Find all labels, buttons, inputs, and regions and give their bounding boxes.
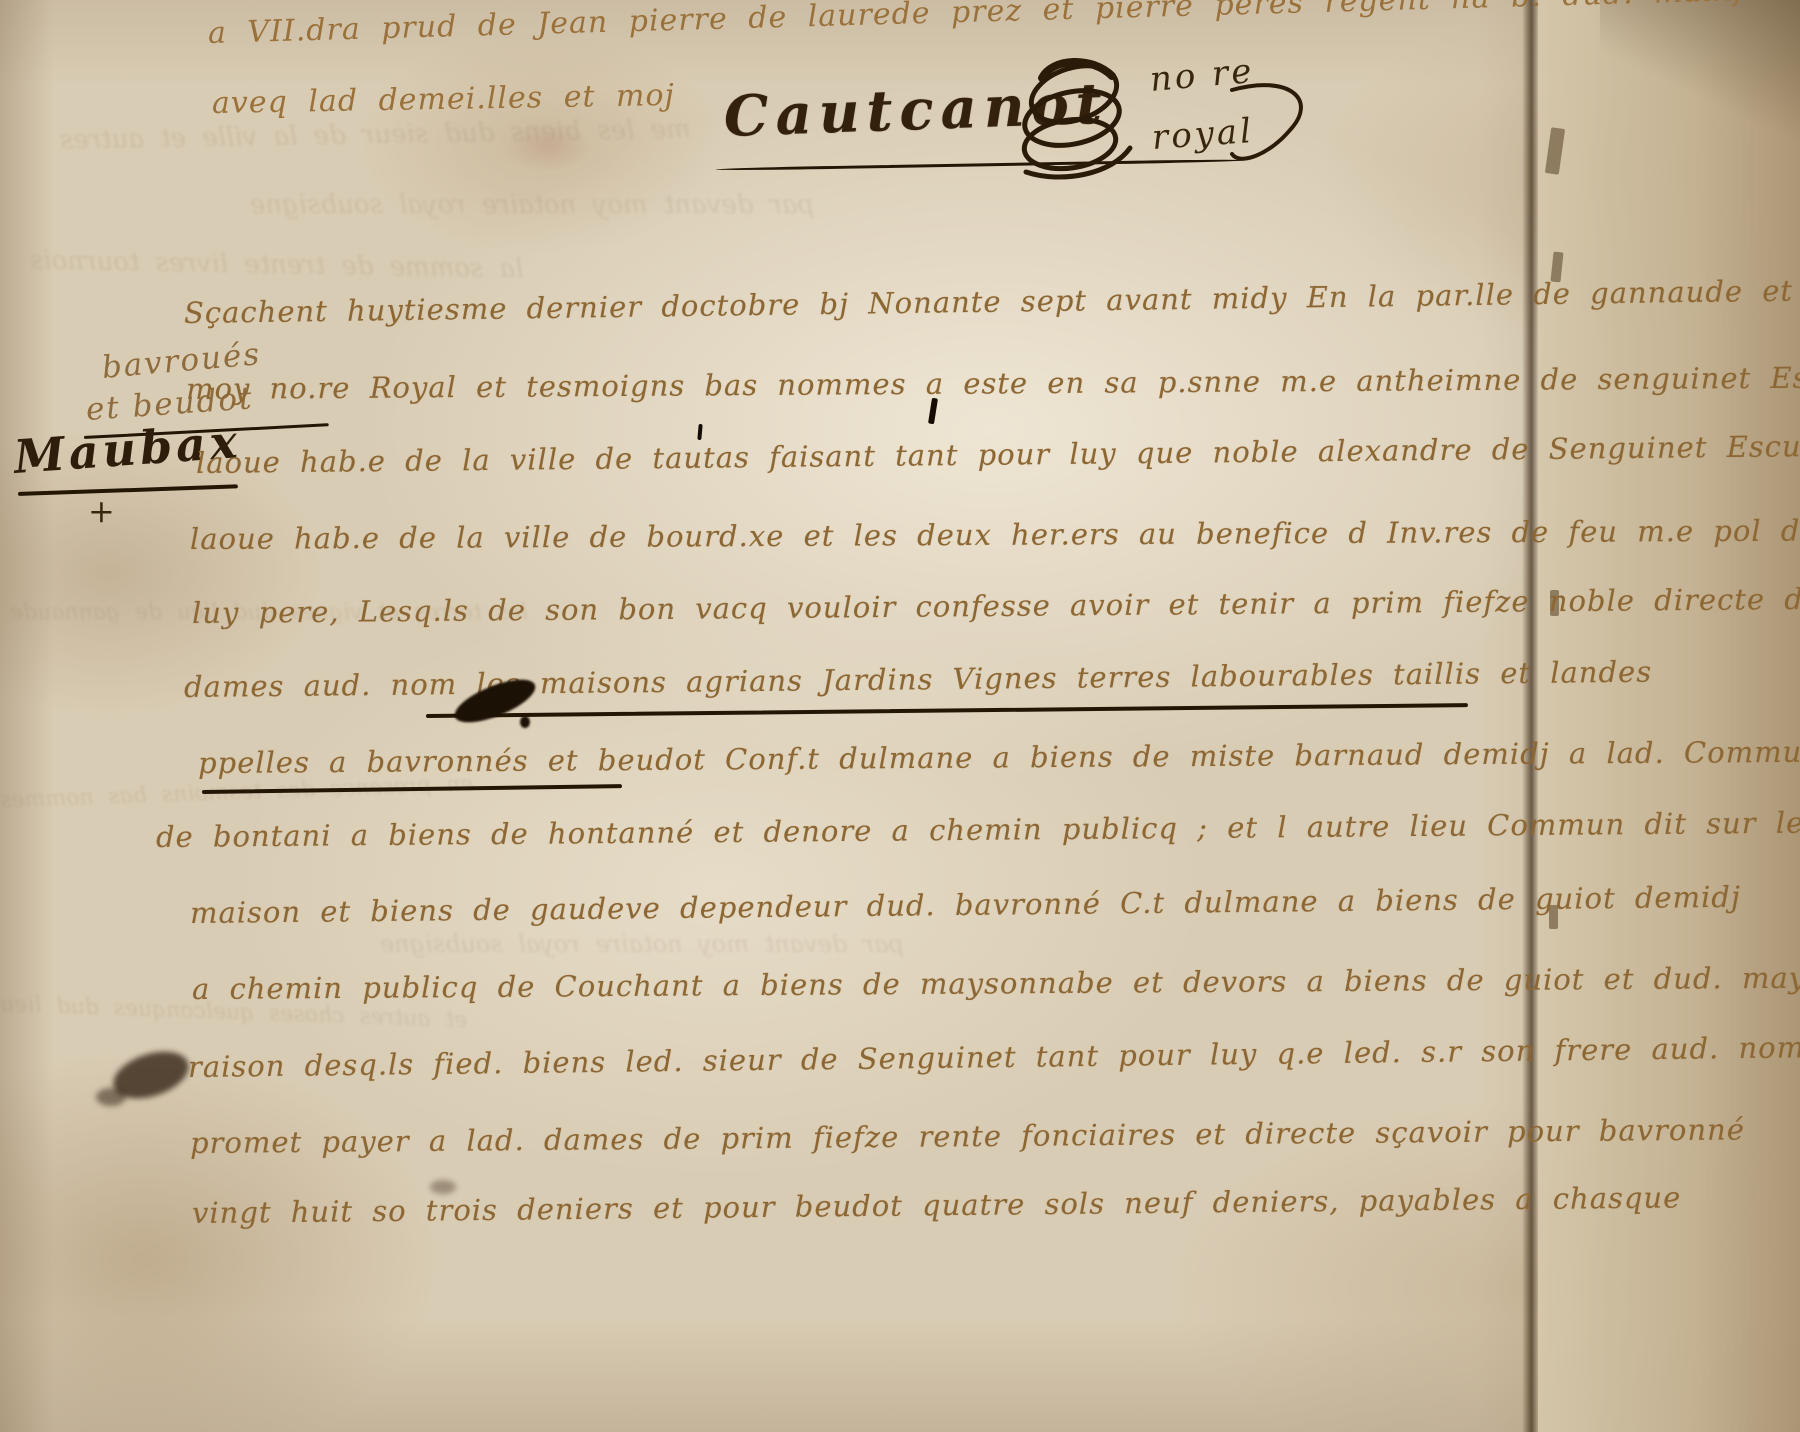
manuscript-line: maison et biens de gaudeve dependeur dud… (190, 880, 1741, 930)
bleed-through-text: par devant moy notaire royal soubsigne (250, 190, 814, 220)
page-right-margin-strip (1538, 0, 1800, 1432)
bleed-through-text: me les biens dud sieur de la ville et au… (60, 114, 691, 155)
manuscript-line: vingt huit so trois deniers et pour beud… (192, 1180, 1682, 1230)
page-edge-crease (1522, 0, 1538, 1432)
signature-underline-swash (716, 159, 1246, 171)
margin-cross-mark: + (88, 492, 115, 530)
manuscript-line: promet payer a lad. dames de prim fiefze… (190, 1112, 1745, 1160)
page-corner-shadow (1600, 0, 1800, 170)
ink-tick-mark (928, 398, 938, 425)
margin-note-maubax-underline (18, 484, 238, 496)
notary-paraph-flourish (1012, 52, 1142, 187)
dirt-smudge (96, 1088, 126, 1106)
ink-tick-mark (697, 424, 702, 440)
bleed-through-text: par devant moy notaire royal soubsigne (380, 930, 904, 958)
manuscript-page: me les biens dud sieur de la ville et au… (0, 0, 1800, 1432)
underline-maisons-vignes-terres (426, 703, 1468, 718)
manuscript-line: dames aud. nom les maisons agrians Jardi… (184, 655, 1652, 704)
notary-title-swash (1230, 70, 1320, 180)
bleed-through-text: la somme de trente livres tournois (30, 246, 524, 285)
ink-blot-satellite (520, 716, 530, 728)
dirt-smudge (430, 1180, 456, 1194)
header-line-2: aveq lad demei.lles et moj (212, 78, 675, 121)
